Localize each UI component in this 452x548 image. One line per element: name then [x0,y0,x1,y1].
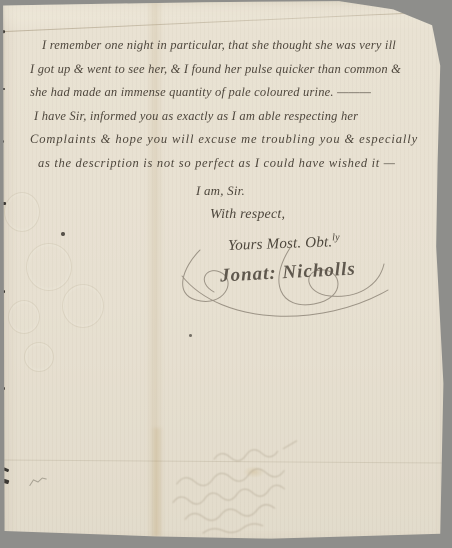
binding-stitch [1,202,6,205]
pencil-mark [27,475,49,489]
ink-speck [61,232,65,236]
letter-line: she had made an immense quantity of pale… [30,86,371,99]
binding-stitch [1,387,5,390]
ink-speck [189,334,192,337]
letter-page: I remember one night in particular, that… [0,0,452,548]
watermark-ring [62,284,104,328]
binding-stitch [0,30,5,34]
letter-line: I remember one night in particular, that… [42,39,396,52]
watermark-ring [4,192,40,232]
watermark-ring [24,342,54,372]
scanned-letter-photo: I remember one night in particular, that… [0,0,452,548]
binding-stitch [0,478,9,485]
signature-flourish [172,240,402,330]
binding-stitch [1,88,5,90]
binding-stitch [0,140,4,143]
watermark-ring [26,243,72,291]
letter-line: I got up & went to see her, & I found he… [30,63,401,76]
binding-stitch [2,467,10,473]
letter-line: Complaints & hope you will excuse me tro… [30,133,418,146]
verso-showthrough [148,438,368,538]
letter-line: I have Sir, informed you as exactly as I… [34,110,358,123]
fold-crease-highlight [0,0,452,31]
watermark-ring [8,300,40,334]
binding-stitch [0,290,5,293]
letter-line: as the description is not so perfect as … [38,157,396,170]
closing-salutation: I am, Sir. [196,184,245,197]
closing-respect: With respect, [210,208,285,222]
